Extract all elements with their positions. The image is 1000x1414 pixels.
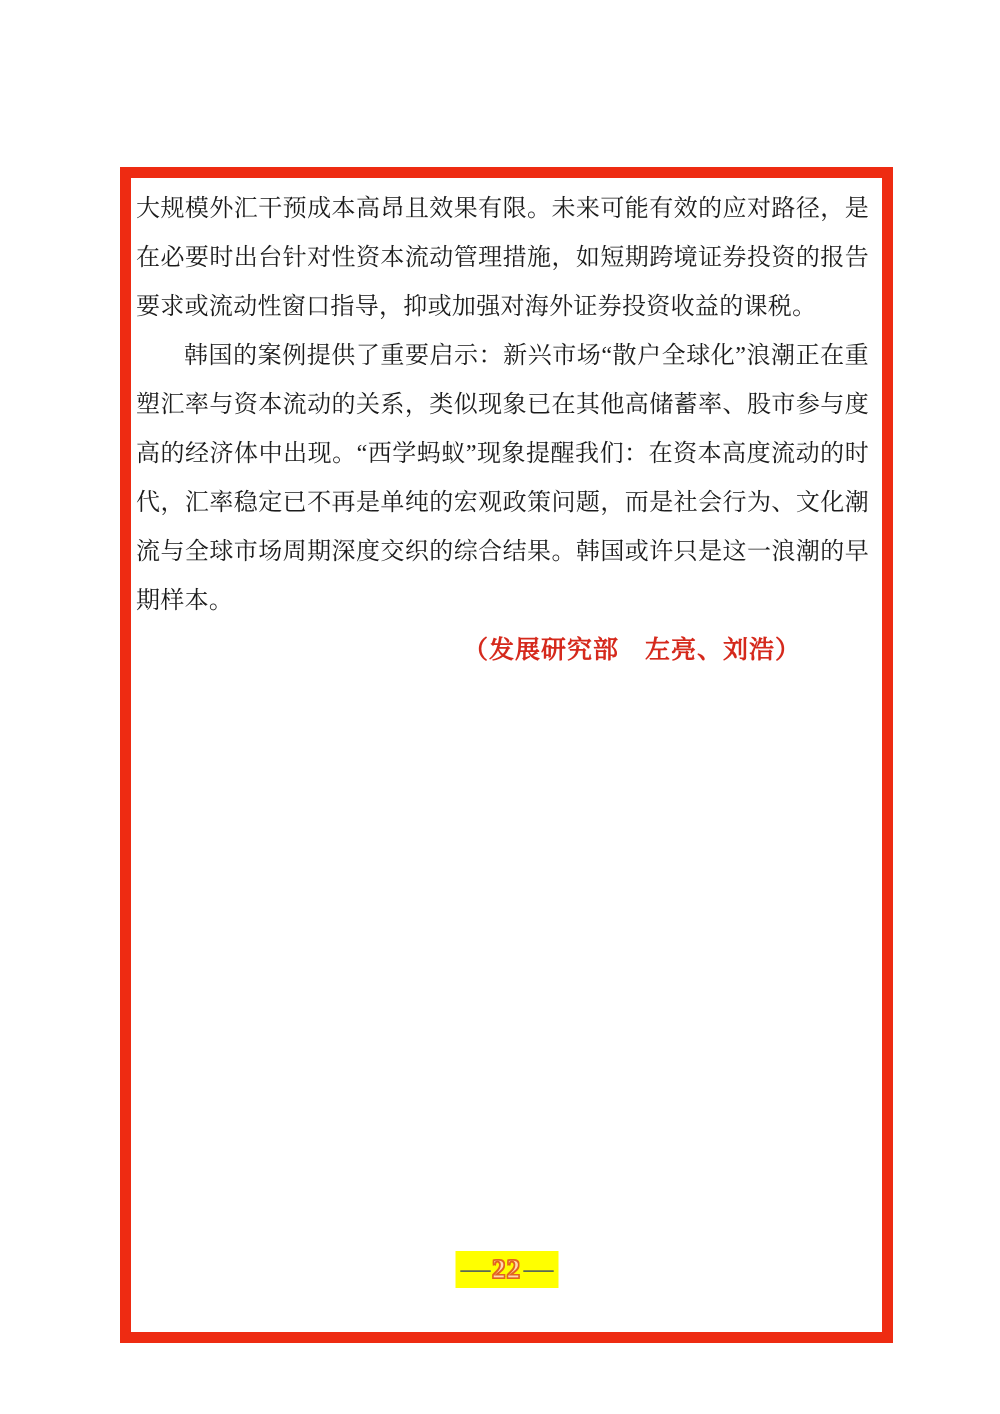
paragraph-continuation: 大规模外汇干预成本高昂且效果有限。未来可能有效的应对路径，是在必要时出台针对性资… xyxy=(136,185,869,332)
page-number-value: 22 xyxy=(489,1256,524,1283)
document-page: 大规模外汇干预成本高昂且效果有限。未来可能有效的应对路径，是在必要时出台针对性资… xyxy=(0,0,1000,1414)
page-number-badge: — 22 — xyxy=(455,1251,558,1288)
red-border-frame: 大规模外汇干预成本高昂且效果有限。未来可能有效的应对路径，是在必要时出台针对性资… xyxy=(120,167,893,1343)
attribution-line: （发展研究部 左亮、刘浩） xyxy=(136,626,869,675)
page-number-left-dash: — xyxy=(460,1258,490,1282)
page-number-right-dash: — xyxy=(523,1258,553,1282)
body-text-block: 大规模外汇干预成本高昂且效果有限。未来可能有效的应对路径，是在必要时出台针对性资… xyxy=(131,178,882,675)
paragraph-conclusion: 韩国的案例提供了重要启示：新兴市场“散户全球化”浪潮正在重塑汇率与资本流动的关系… xyxy=(136,332,869,626)
